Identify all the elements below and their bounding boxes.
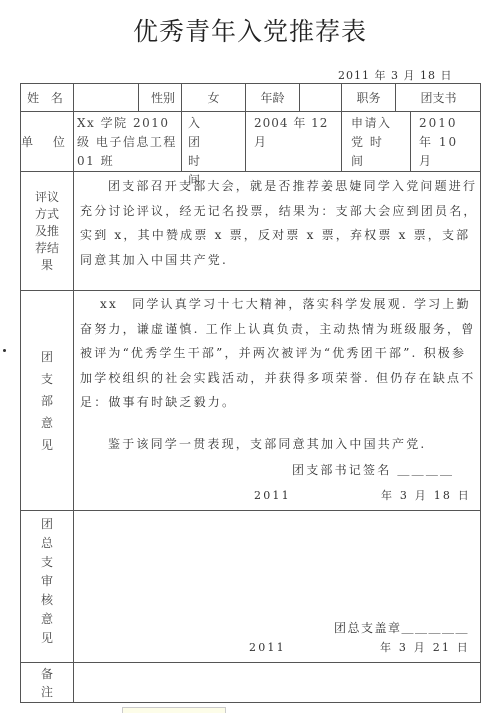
general-label-line: 支 xyxy=(41,553,53,572)
unit-label: 单 位 xyxy=(21,112,74,172)
general-label-line: 总 xyxy=(41,534,53,553)
branch-opinion-paragraph-1: xx 同学认真学习十七大精神，落实科学发展观. 学习上勤奋努力，谦虚谨慎. 工作… xyxy=(80,292,478,415)
review-text: 团支部召开支部大会，就是否推荐姜思婕同学入党问题进行充分讨论评议，经无记名投票，… xyxy=(80,174,478,272)
review-label-line: 果 xyxy=(41,257,53,274)
branch-label-line: 团 xyxy=(41,346,53,368)
gender-label: 性别 xyxy=(139,84,182,112)
name-value[interactable] xyxy=(74,84,139,112)
branch-opinion-label: 团 支 部 意 见 xyxy=(21,291,74,511)
margin-bullet-mark xyxy=(3,349,6,352)
remarks-label-line: 备 xyxy=(41,665,53,683)
age-value[interactable] xyxy=(300,84,342,112)
branch-secretary-signature: 团支部书记签名 ＿＿＿＿ xyxy=(292,458,454,483)
apply-label: 申请入党 时 间 xyxy=(342,112,411,172)
remarks-label: 备 注 xyxy=(21,663,74,702)
review-label-line: 荐结 xyxy=(35,240,59,257)
general-label-line: 团 xyxy=(41,515,53,534)
branch-opinion-paragraph-2: 鉴于该同学一贯表现，支部同意其加入中国共产党. xyxy=(80,432,478,457)
general-branch-opinion-content[interactable]: 团总支盖章＿＿＿＿＿ 2011 年 3 月 21 日 xyxy=(74,511,481,663)
general-date-year: 2011 xyxy=(249,636,286,661)
review-label-line: 及推 xyxy=(35,223,59,240)
branch-label-line: 支 xyxy=(41,368,53,390)
page-title: 优秀青年入党推荐表 xyxy=(0,12,500,48)
general-branch-opinion-label: 团 总 支 审 核 意 见 xyxy=(21,511,74,663)
position-label: 职务 xyxy=(342,84,396,112)
age-label: 年龄 xyxy=(246,84,300,112)
general-label-line: 意 xyxy=(41,610,53,629)
review-label: 评议 方式 及推 荐结 果 xyxy=(21,172,74,291)
general-label-line: 审 xyxy=(41,572,53,591)
branch-label-line: 部 xyxy=(41,390,53,412)
general-label-line: 见 xyxy=(41,629,53,648)
general-label-line: 核 xyxy=(41,591,53,610)
review-label-line: 评议 xyxy=(35,189,59,206)
recommendation-form-table: 姓 名 性别 女 年龄 职务 团支书 单 位 Xx 学院 2010 级 电子信息… xyxy=(20,83,481,703)
form-date: 2011 年 3 月 18 日 xyxy=(338,67,452,83)
remarks-content[interactable] xyxy=(74,663,481,702)
review-label-line: 方式 xyxy=(35,206,59,223)
branch-label-line: 意 xyxy=(41,412,53,434)
branch-opinion-content[interactable]: xx 同学认真学习十七大精神，落实科学发展观. 学习上勤奋努力，谦虚谨慎. 工作… xyxy=(74,291,481,511)
league-join-label: 入 团 时 间 xyxy=(182,112,246,172)
remarks-label-line: 注 xyxy=(41,683,53,701)
apply-value[interactable]: 2010 年 10 月 xyxy=(411,112,481,172)
branch-label-line: 见 xyxy=(41,434,53,456)
league-join-value[interactable]: 2004 年 12 月 xyxy=(246,112,342,172)
gender-value[interactable]: 女 xyxy=(182,84,246,112)
page-bottom-tab xyxy=(122,707,226,713)
branch-date-rest: 年 3 月 18 日 xyxy=(381,484,471,509)
unit-value[interactable]: Xx 学院 2010 级 电子信息工程 01 班 xyxy=(74,112,182,172)
review-content[interactable]: 团支部召开支部大会，就是否推荐姜思婕同学入党问题进行充分讨论评议，经无记名投票，… xyxy=(74,172,481,291)
name-label: 姓 名 xyxy=(21,84,74,112)
general-date-rest: 年 3 月 21 日 xyxy=(380,636,470,661)
branch-date-year: 2011 xyxy=(254,484,291,509)
position-value[interactable]: 团支书 xyxy=(396,84,481,112)
